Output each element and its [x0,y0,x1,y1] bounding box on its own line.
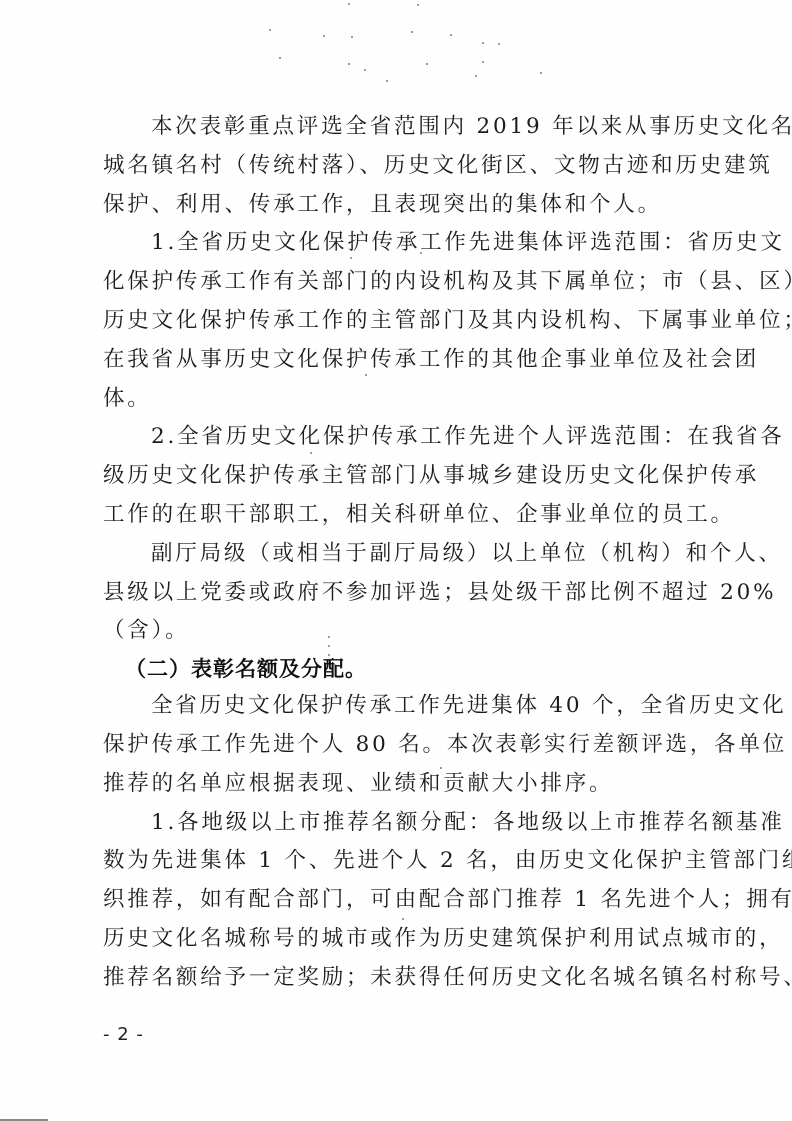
text-line: 工作的在职干部职工，相关科研单位、企事业单位的员工。 [103,496,695,535]
paragraph-intro: 本次表彰重点评选全省范围内 2019 年以来从事历史文化名 城名镇名村（传统村落… [103,108,695,224]
text-line: （含）。 [103,612,695,651]
scan-speck [351,36,353,38]
scan-speck [498,43,500,45]
text-line: 全省历史文化保护传承工作先进集体 40 个，全省历史文化 [103,687,695,726]
document-body: 本次表彰重点评选全省范围内 2019 年以来从事历史文化名 城名镇名村（传统村落… [103,108,695,998]
document-page: 本次表彰重点评选全省范围内 2019 年以来从事历史文化名 城名镇名村（传统村落… [0,0,792,1121]
scan-speck [475,75,477,77]
scan-speck [323,35,325,37]
text-line: 县级以上党委或政府不参加评选；县处级干部比例不超过 20% [103,574,695,613]
text-line: 历史文化保护传承工作的主管部门及其内设机构、下属事业单位； [103,302,695,341]
scan-speck [417,4,419,6]
text-line: 副厅局级（或相当于副厅局级）以上单位（机构）和个人、 [103,535,695,574]
text-line: 保护传承工作先进个人 80 名。本次表彰实行差额评选，各单位 [103,726,695,765]
scan-speck [482,42,484,44]
text-line: 织推荐，如有配合部门，可由配合部门推荐 1 名先进个人；拥有 [103,881,695,920]
text-line: 在我省从事历史文化保护传承工作的其他企事业单位及社会团 [103,341,695,380]
text-line: 历史文化名城称号的城市或作为历史建筑保护利用试点城市的， [103,920,695,959]
text-line: 体。 [103,380,695,419]
text-line: 城名镇名村（传统村落）、历史文化街区、文物古迹和历史建筑 [103,147,695,186]
page-number: - 2 - [103,1024,144,1045]
paragraph-city-allocation: 1.各地级以上市推荐名额分配：各地级以上市推荐名额基准 数为先进集体 1 个、先… [103,804,695,998]
paragraph-exclusions: 副厅局级（或相当于副厅局级）以上单位（机构）和个人、 县级以上党委或政府不参加评… [103,535,695,651]
paragraph-individual-scope: 2.全省历史文化保护传承工作先进个人评选范围：在我省各 级历史文化保护传承主管部… [103,418,695,534]
paragraph-quota: 全省历史文化保护传承工作先进集体 40 个，全省历史文化 保护传承工作先进个人 … [103,687,695,803]
text-line: 2.全省历史文化保护传承工作先进个人评选范围：在我省各 [103,418,695,457]
text-line: 本次表彰重点评选全省范围内 2019 年以来从事历史文化名 [103,108,695,147]
scan-speck [482,61,484,63]
text-line: 级历史文化保护传承主管部门从事城乡建设历史文化保护传承 [103,457,695,496]
text-line: 推荐的名单应根据表现、业绩和贡献大小排序。 [103,765,695,804]
scan-speck [426,63,428,65]
scan-speck [386,80,388,82]
text-line: 化保护传承工作有关部门的内设机构及其下属单位；市（县、区） [103,263,695,302]
scan-speck [279,57,281,59]
scan-speck [348,63,350,65]
scan-speck [269,29,271,31]
section-heading: （二）表彰名额及分配。 [103,651,695,687]
scan-speck [411,31,413,33]
scan-speck [348,3,350,5]
text-line: 保护、利用、传承工作，且表现突出的集体和个人。 [103,186,695,225]
paragraph-collective-scope: 1.全省历史文化保护传承工作先进集体评选范围：省历史文 化保护传承工作有关部门的… [103,224,695,418]
text-line: 1.各地级以上市推荐名额分配：各地级以上市推荐名额基准 [103,804,695,843]
text-line: 推荐名额给予一定奖励；未获得任何历史文化名城名镇名村称号、 [103,959,695,998]
scan-speck [364,69,366,71]
text-line: 数为先进集体 1 个、先进个人 2 名，由历史文化保护主管部门组 [103,842,695,881]
scan-speck [540,72,542,74]
text-line: 1.全省历史文化保护传承工作先进集体评选范围：省历史文 [103,224,695,263]
scan-speck [450,34,452,36]
